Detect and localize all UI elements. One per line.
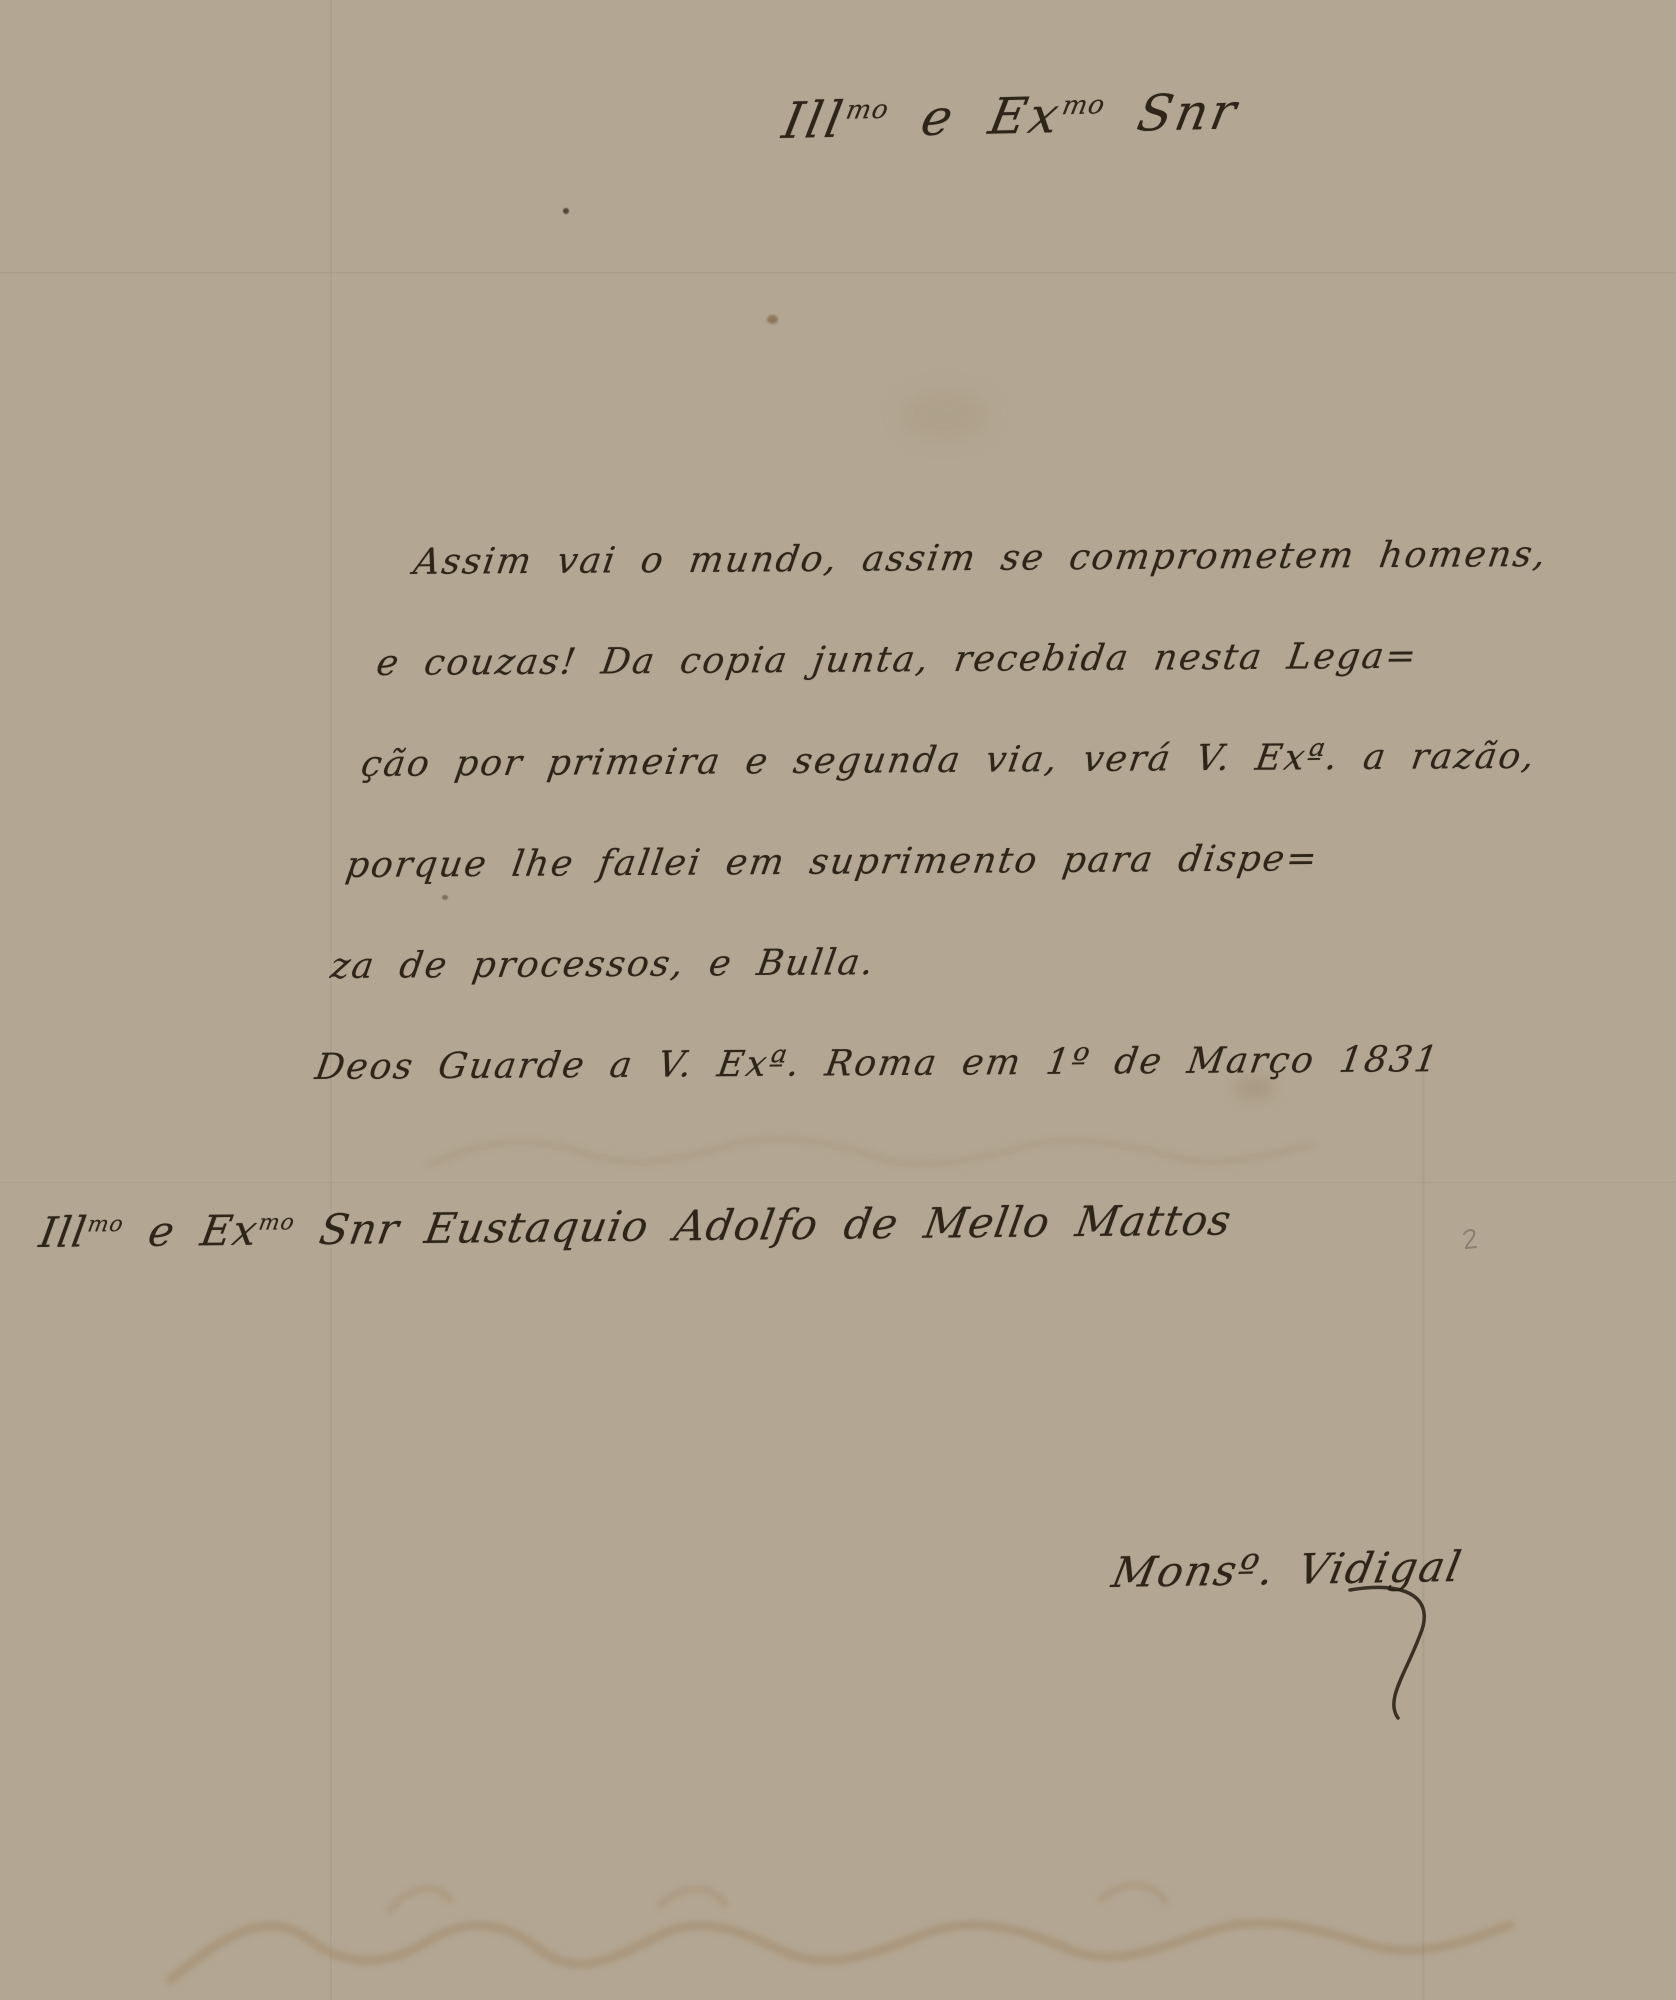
salutation-line: Illmo e Exmo Snr — [778, 83, 1244, 150]
ink-speck — [563, 208, 569, 214]
signature: Monsº. Vidigal — [1108, 1542, 1467, 1597]
letter-body: Assim vai o mundo, assim se comprometem … — [308, 504, 1574, 1118]
body-line: porque lhe fallei em suprimento para dis… — [339, 807, 1529, 916]
dateline: Deos Guarde a V. Exª. Roma em 1º de Març… — [308, 1009, 1498, 1118]
paper-stain — [900, 390, 990, 440]
addressee-text: e Ex — [118, 1206, 261, 1256]
horizontal-fold-crease-lower — [0, 1182, 1676, 1184]
signature-text: Monsº. Vidigal — [1108, 1542, 1467, 1597]
addressee-superscript: mo — [257, 1210, 297, 1235]
addressee-text: Snr Eustaquio Adolfo de Mello Mattos — [290, 1196, 1236, 1255]
bleedthrough-writing-faint — [420, 1110, 1320, 1190]
signature-flourish — [1340, 1580, 1500, 1730]
body-line: Assim vai o mundo, assim se comprometem … — [384, 504, 1574, 613]
bleedthrough-writing — [140, 1870, 1540, 2000]
salutation-text: Snr — [1098, 83, 1244, 144]
body-line: e couzas! Da copia junta, recebida nesta… — [369, 605, 1559, 714]
salutation-text: e Ex — [881, 86, 1066, 148]
body-line: ção por primeira e segunda via, verá V. … — [354, 706, 1544, 815]
addressee-text: Ill — [36, 1208, 91, 1257]
manuscript-page: Illmo e Exmo Snr Assim vai o mundo, assi… — [0, 0, 1676, 2000]
addressee-superscript: mo — [86, 1212, 126, 1237]
salutation-superscript: mo — [843, 95, 891, 126]
horizontal-fold-crease — [0, 272, 1676, 274]
salutation-text: Ill — [778, 91, 850, 150]
salutation-superscript: mo — [1060, 90, 1108, 121]
body-line: za de processos, e Bulla. — [323, 908, 1513, 1017]
stray-pencil-mark — [1458, 1226, 1484, 1256]
vertical-fold-crease-lower — [1422, 1060, 1425, 2000]
addressee-line: Illmo e Exmo Snr Eustaquio Adolfo de Mel… — [36, 1196, 1235, 1257]
paper-stain — [767, 315, 778, 324]
